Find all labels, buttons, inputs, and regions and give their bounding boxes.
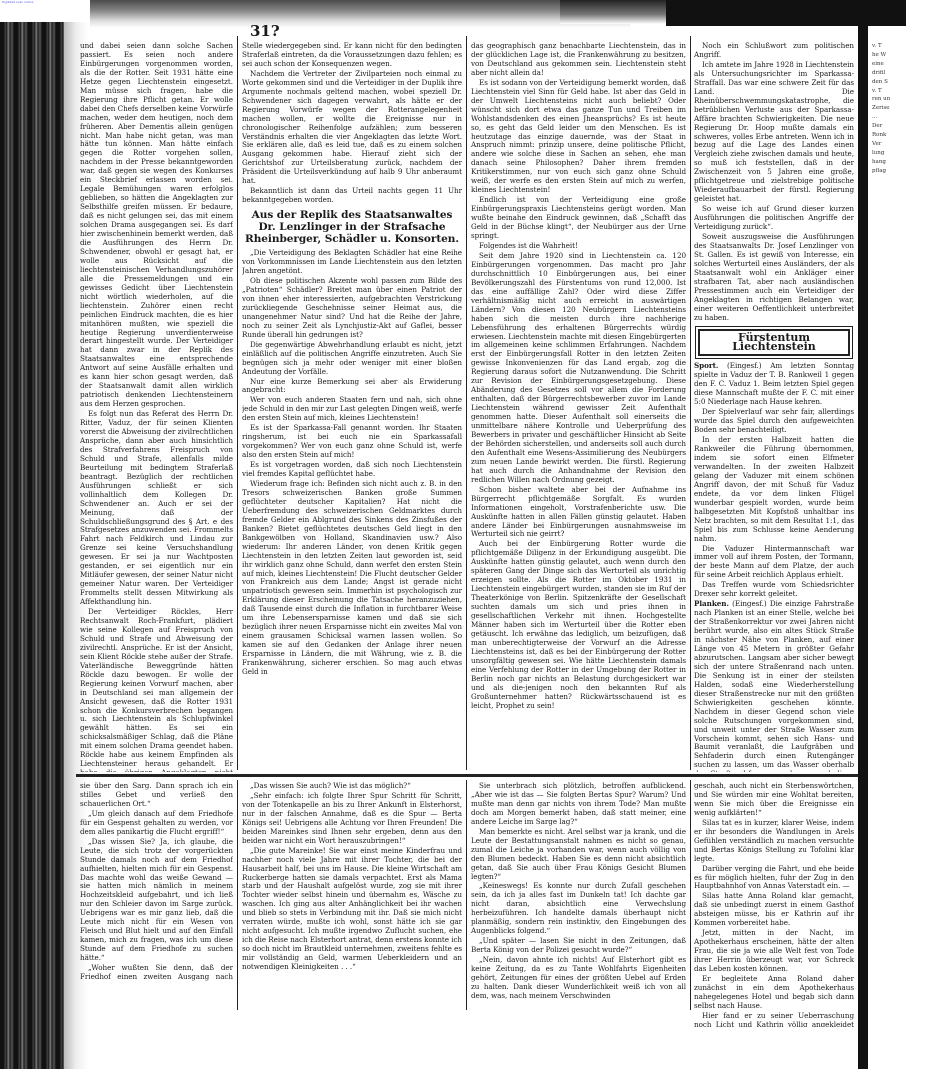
- paragraph: Stelle wiedergegeben sind. Er kann nicht…: [242, 42, 462, 69]
- paragraph: Darüber verging die Fahrt, und ehe beide…: [694, 865, 854, 892]
- scan-notice: Digitized scan notice: [2, 1, 33, 4]
- column-rule: [690, 780, 691, 1010]
- paragraph: Es folgt nun das Referat des Herrn Dr. R…: [80, 410, 233, 607]
- fragment-line: pflag: [872, 167, 926, 176]
- page-binding-edge: [0, 22, 64, 1069]
- article-headline: Aus der Replik des Staatsanwaltes Dr. Le…: [242, 209, 462, 245]
- fragment-line: v. T: [872, 87, 926, 96]
- fragment-line: drifil: [872, 69, 926, 78]
- fragment-line: Der: [872, 122, 926, 131]
- news-tag: (Eingesf.): [732, 599, 767, 608]
- paragraph: Wer von euch anderen Staaten fern und na…: [242, 396, 462, 423]
- serial-column-4: geschah, auch nicht ein Sterbenswörtchen…: [694, 782, 854, 1027]
- paragraph: Auch bei der Einbürgerung Rotter wurde d…: [471, 540, 686, 710]
- article-column-3: das geographisch ganz benachbarte Liecht…: [471, 42, 686, 772]
- fragment-line: v. T: [872, 42, 926, 51]
- fragment-line: Zerise: [872, 104, 926, 113]
- paragraph: Nachdem die Vertreter der Zivilparteien …: [242, 70, 462, 186]
- paragraph: Seit dem Jahre 1920 sind in Liechtenstei…: [471, 252, 686, 485]
- news-head: Planken.: [694, 599, 729, 608]
- paragraph: Nur eine kurze Bemerkung sei aber als Er…: [242, 378, 462, 396]
- paragraph: Es ist vorgetragen worden, daß sich noch…: [242, 461, 462, 479]
- paragraph: Er begleitete Anna Roland daher zunächst…: [694, 975, 854, 1011]
- paragraph: Der Verteidiger Röckles, Herr Rechtsanwa…: [80, 608, 233, 772]
- paragraph: „Das wissen Sie auch? Wie ist das möglic…: [242, 782, 462, 791]
- paragraph: Hier fand er zu seiner Ueberraschung noc…: [694, 1012, 854, 1027]
- paragraph: geschah, auch nicht ein Sterbenswörtchen…: [694, 782, 854, 818]
- news-tag: (Eingesf.): [727, 361, 762, 370]
- fragment-line: den S: [872, 78, 926, 87]
- scan-shadow-top-2: [560, 0, 670, 24]
- paragraph: „Nein, davon ahnte ich nichts! Auf Elste…: [471, 956, 686, 1001]
- paragraph: Wiederum frage ich: Befinden sich nicht …: [242, 480, 462, 677]
- column-rule: [466, 36, 467, 770]
- paragraph: Sie unterbrach sich plötzlich, betroffen…: [471, 782, 686, 827]
- column-rule: [690, 36, 691, 770]
- paragraph: Jetzt, mitten in der Nacht, im Apotheker…: [694, 929, 854, 974]
- scan-shadow-top: [90, 0, 630, 28]
- paragraph: „Woher wußten Sie denn, daß der Friedhof…: [80, 964, 233, 982]
- paragraph: Man bemerkte es nicht. Arel selbst war j…: [471, 828, 686, 882]
- paragraph: „Um gleich danach auf dem Friedhofe für …: [80, 810, 233, 837]
- paragraph: Die Vaduzer Hintermannschaft war immer v…: [694, 545, 854, 581]
- scan-dark-edge-right: [858, 24, 868, 1069]
- paragraph: Es ist sodann von der Verteidigung bemer…: [471, 79, 686, 195]
- column-rule: [237, 36, 238, 770]
- paragraph: und dabei seien dann solche Sachen passi…: [80, 42, 233, 409]
- paragraph: Die gegenwärtige Abwehrhandlung erlaubt …: [242, 341, 462, 377]
- paragraph: Ob diese politischen Akzente wohl passen…: [242, 277, 462, 340]
- paragraph: Endlich ist von der Verteidigung eine gr…: [471, 196, 686, 241]
- news-body: Die einzige Fahrstraße nach Planken ist …: [694, 599, 854, 772]
- paragraph: So weise ich auf Grund dieser kurzen Aus…: [694, 205, 854, 232]
- fragment-line: ren un: [872, 95, 926, 104]
- paragraph: „Das wissen Sie? Ja, ich glaube, die Leu…: [80, 838, 233, 963]
- page-number: 31?: [250, 22, 280, 40]
- scan-dark-corner: [666, 0, 906, 26]
- news-item-sport: Sport. (Eingesf.) Am letzten Sonntag spi…: [694, 362, 854, 407]
- paragraph: Bekanntlich ist dann das Urteil nachts g…: [242, 187, 462, 205]
- column-rule: [466, 780, 467, 1010]
- paragraph: sie über den Sarg. Dann sprach ich ein s…: [80, 782, 233, 809]
- serial-column-2: „Das wissen Sie auch? Wie ist das möglic…: [242, 782, 462, 1012]
- subheading: Folgendes ist die Wahrheit!: [471, 242, 686, 251]
- paragraph: Silas tat es in kurzer, klarer Weise, in…: [694, 819, 854, 864]
- article-column-4: Noch ein Schlußwort zum politischen Angr…: [694, 42, 854, 772]
- serial-column-1: sie über den Sarg. Dann sprach ich ein s…: [80, 782, 233, 982]
- paragraph: Silas hatte Anna Roland klar gemacht, da…: [694, 892, 854, 928]
- fragment-line: he W: [872, 51, 926, 60]
- serial-column-3: Sie unterbrach sich plötzlich, betroffen…: [471, 782, 686, 1012]
- section-title-box: Fürstentum Liechtenstein: [698, 329, 850, 357]
- paragraph: Soweit auszugsweise die Ausführungen des…: [694, 233, 854, 323]
- paragraph: „Die Verteidigung des Beklagten Schädler…: [242, 249, 462, 276]
- column-rule: [237, 780, 238, 1010]
- paragraph: Schon bisher waltete aber bei der Aufnah…: [471, 486, 686, 540]
- fragment-line: ...: [872, 113, 926, 122]
- paragraph: Es ist der Sparkassa-Fall genannt worden…: [242, 424, 462, 460]
- article-column-2: Stelle wiedergegeben sind. Er kann nicht…: [242, 42, 462, 772]
- paragraph: In der ersten Halbzeit hatten die Rankwe…: [694, 436, 854, 543]
- section-divider: [76, 774, 858, 777]
- paragraph: Noch ein Schlußwort zum politischen Angr…: [694, 42, 854, 60]
- fragment-line: Ronk: [872, 131, 926, 140]
- paragraph: „Keineswegs! Es konnte nur durch Zufall …: [471, 882, 686, 936]
- news-head: Sport.: [694, 361, 718, 370]
- news-body: Am letzten Sonntag spielte in Vaduz der …: [694, 361, 854, 406]
- fragment-line: eine: [872, 60, 926, 69]
- paragraph: Ich amtete im Jahre 1928 in Liechtenstei…: [694, 61, 854, 204]
- paragraph: Der Spielverlauf war sehr fair, allerdin…: [694, 408, 854, 435]
- paragraph: „Und später — lasen Sie nicht in den Zei…: [471, 937, 686, 955]
- news-item-planken: Planken. (Eingesf.) Die einzige Fahrstra…: [694, 600, 854, 772]
- paragraph: „Sehr einfach: ich folgte Ihrer Spur Sch…: [242, 792, 462, 846]
- fragment-line: lung: [872, 149, 926, 158]
- paragraph: das geographisch ganz benachbarte Liecht…: [471, 42, 686, 78]
- fragment-line: hang: [872, 158, 926, 167]
- article-column-1: und dabei seien dann solche Sachen passi…: [80, 42, 233, 772]
- fragment-line: Ver: [872, 140, 926, 149]
- paragraph: „Die gute Mareinke! Sie war einst meine …: [242, 847, 462, 972]
- paragraph: Das Treffen wurde vom Schiedsrichter Dre…: [694, 581, 854, 599]
- adjacent-page-fragment: v. The Weinedrifilden Sv. Tren unZerise.…: [872, 42, 926, 372]
